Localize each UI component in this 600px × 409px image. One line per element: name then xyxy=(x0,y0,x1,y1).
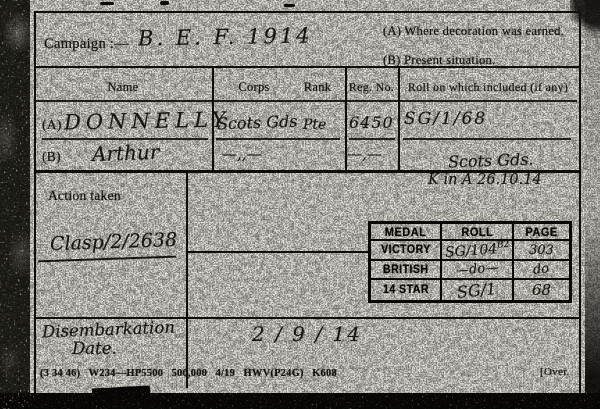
column-divider-action xyxy=(186,170,188,388)
disembarkation-label-line2: Date. xyxy=(72,339,117,358)
row-a-roll-handwritten: SG/1/68 xyxy=(404,109,487,129)
column-header-corps: Corps xyxy=(212,80,296,95)
row-a-regno-handwritten: 6450 xyxy=(349,113,394,132)
star-page-handwritten: 68 xyxy=(532,281,551,299)
medal-table-header-roll: ROLL xyxy=(442,224,514,241)
action-taken-label: Action taken xyxy=(48,188,121,204)
star-roll-handwritten: SG/1 xyxy=(456,278,497,301)
legend-present-situation: (B) Present situation. xyxy=(383,53,496,68)
scan-artifact xyxy=(100,2,114,5)
victory-roll-cell: SG/104B2 xyxy=(442,241,514,261)
header-page-label: PAGE xyxy=(525,225,557,239)
star-label: 14 STAR xyxy=(383,284,429,296)
divider-header xyxy=(36,100,577,102)
british-roll-cell: —do— xyxy=(442,261,514,280)
baseline-corps xyxy=(216,138,340,140)
divider-campaign xyxy=(34,66,579,68)
divider-disembarkation xyxy=(34,317,579,319)
scan-edge-right xyxy=(585,0,600,409)
disembarkation-date-handwritten: 2 / 9 / 14 xyxy=(252,322,362,346)
column-header-name: Name xyxy=(34,80,212,95)
medal-index-card-scan: Campaign :— B. E. F. 1914 (A) Where deco… xyxy=(0,0,600,409)
header-roll-label: ROLL xyxy=(461,225,493,239)
british-roll-handwritten: —do— xyxy=(455,261,498,279)
legend-where-earned: (A) Where decoration was earned. xyxy=(383,24,564,39)
row-a-corps-handwritten: Scots Gds xyxy=(217,112,298,134)
medal-table-header-medal: MEDAL xyxy=(371,224,442,241)
british-label: BRITISH xyxy=(383,264,429,276)
scan-edge-left xyxy=(0,0,30,409)
star-page-cell: 68 xyxy=(514,280,569,300)
roll-note-killed-in-action: K in A 26.10.14 xyxy=(428,172,542,188)
action-taken-value-handwritten: Clasp/2/2638 xyxy=(50,229,178,255)
star-roll-cell: SG/1 xyxy=(442,280,514,300)
printer-imprint: (3 34 46) W234—HP5500 500,000 4/19 HWV(P… xyxy=(40,368,337,379)
over-note: [Over. xyxy=(540,366,570,378)
header-medal-label: MEDAL xyxy=(385,225,427,239)
row-b-prefix: (B) xyxy=(42,149,61,165)
column-header-roll: Roll on which included (if any) xyxy=(398,80,578,95)
row-b-corps-ditto: —,,— xyxy=(222,145,262,163)
row-a-prefix: (A) xyxy=(42,117,62,133)
row-b-regno-ditto: —,— xyxy=(347,145,382,163)
medal-roll-table: MEDAL ROLL PAGE VICTORY SG/104B2 303 BRI… xyxy=(368,221,572,303)
column-header-rank: Rank xyxy=(290,80,345,95)
scan-artifact xyxy=(160,1,169,5)
victory-label: VICTORY xyxy=(381,244,431,256)
british-page-cell: do xyxy=(514,261,569,280)
baseline-name xyxy=(42,138,208,140)
roll-note-corps: Scots Gds. xyxy=(448,150,534,172)
victory-page-cell: 303 xyxy=(514,241,569,261)
campaign-value-handwritten: B. E. F. 1914 xyxy=(138,23,313,50)
row-b-forename-handwritten: Arthur xyxy=(92,140,160,166)
british-page-handwritten: do xyxy=(533,261,551,278)
baseline-regno xyxy=(349,138,395,140)
victory-page-handwritten: 303 xyxy=(529,243,554,258)
medal-row-star: 14 STAR xyxy=(371,280,442,300)
column-header-regno: Reg. No. xyxy=(345,80,398,95)
medal-row-british: BRITISH xyxy=(371,261,442,280)
scan-artifact xyxy=(284,4,295,7)
victory-roll-handwritten: SG/104B2 xyxy=(444,239,510,260)
campaign-label: Campaign :— xyxy=(44,36,129,53)
row-a-rank-handwritten: Pte xyxy=(303,117,326,133)
medal-row-victory: VICTORY xyxy=(371,241,442,261)
scan-edge-bottom xyxy=(0,393,600,409)
row-a-surname-handwritten: DONNELLY xyxy=(64,108,231,135)
baseline-roll xyxy=(403,138,571,140)
divider-mid xyxy=(188,251,368,253)
medal-table-header-page: PAGE xyxy=(514,224,569,241)
